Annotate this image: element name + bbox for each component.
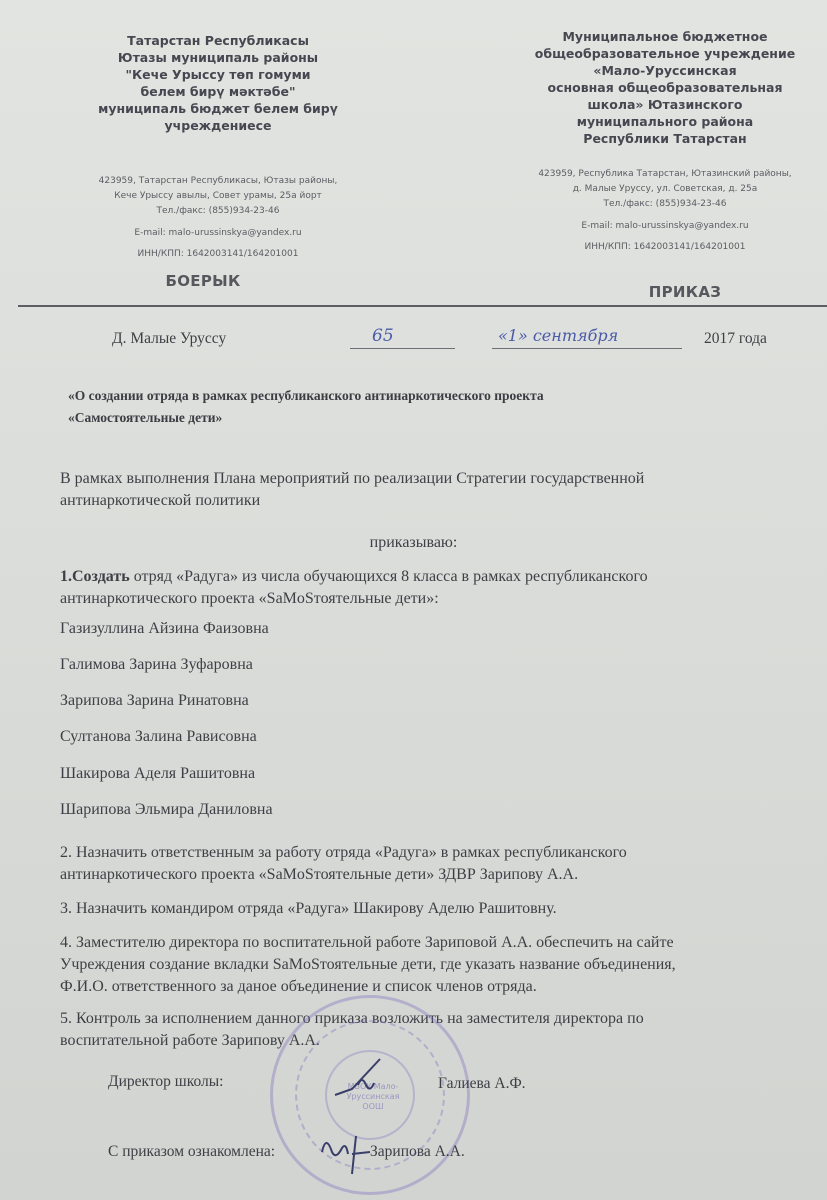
- acknowledged-label: С приказом ознакомлена:: [108, 1143, 275, 1161]
- address-line: 423959, Татарстан Республикасы, Ютазы ра…: [68, 174, 368, 189]
- order-title: «О создании отряда в рамках республиканс…: [68, 385, 768, 429]
- order-number-underline: [350, 348, 455, 349]
- institution-name-russian: Муниципальное бюджетное общеобразователь…: [510, 28, 820, 147]
- name-line: учреждениесе: [68, 117, 368, 134]
- director-name: Галиева А.Ф.: [438, 1075, 526, 1093]
- item-3: 3. Назначить командиром отряда «Радуга» …: [60, 898, 800, 920]
- name-line: белем бирү мәктәбе": [68, 83, 368, 100]
- name-line: муниципаль бюджет белем бирү: [68, 100, 368, 117]
- email-russian: E-mail: malo-urussinskya@yandex.ru: [510, 220, 820, 232]
- address-line: д. Малые Уруссу, ул. Советская, д. 25а: [510, 182, 820, 197]
- item-1: 1.Создать отряд «Радуга» из числа обучаю…: [60, 566, 800, 610]
- institution-name-tatar: Татарстан Республикасы Ютазы муниципаль …: [68, 32, 368, 134]
- name-line: общеобразовательное учреждение: [510, 45, 820, 62]
- member-list-item: Зарипова Зарина Ринатовна: [60, 692, 249, 710]
- title-line: «О создании отряда в рамках республиканс…: [68, 385, 768, 407]
- document-page: Татарстан Республикасы Ютазы муниципаль …: [0, 0, 827, 1200]
- name-line: муниципального района: [510, 113, 820, 130]
- member-list-item: Шакирова Аделя Рашитовна: [60, 765, 255, 783]
- preamble-line: В рамках выполнения Плана мероприятий по…: [60, 468, 800, 490]
- order-place: Д. Малые Уруссу: [112, 330, 226, 348]
- order-word: приказываю:: [0, 532, 827, 554]
- name-line: школа» Ютазинского: [510, 96, 820, 113]
- name-line: Муниципальное бюджетное: [510, 28, 820, 45]
- header-left-tatar: Татарстан Республикасы Ютазы муниципаль …: [68, 32, 368, 290]
- order-date-handwritten: «1» сентября: [498, 326, 618, 345]
- doc-type-tatar: БОЕРЫК: [38, 272, 368, 290]
- item-1-lead: 1.Создать: [60, 568, 130, 585]
- preamble-line: антинаркотической политики: [60, 490, 800, 512]
- name-line: "Кече Урыссу төп гомуми: [68, 66, 368, 83]
- member-list-item: Шарипова Эльмира Даниловна: [60, 801, 273, 819]
- address-line: Тел./факс: (855)934-23-46: [68, 204, 368, 219]
- header-divider: [18, 305, 827, 307]
- member-list-item: Султанова Залина Рависовна: [60, 728, 257, 746]
- order-date-underline: [492, 348, 682, 349]
- address-line: Кече Урыссу авылы, Совет урамы, 25а йорт: [68, 189, 368, 204]
- email-tatar: E-mail: malo-urussinskya@yandex.ru: [68, 227, 368, 239]
- name-line: Республики Татарстан: [510, 130, 820, 147]
- preamble: В рамках выполнения Плана мероприятий по…: [60, 468, 800, 512]
- name-line: основная общеобразовательная: [510, 79, 820, 96]
- item-2-line2: антинаркотического проекта «SaMoSтоятель…: [60, 864, 800, 886]
- address-tatar: 423959, Татарстан Республикасы, Ютазы ра…: [68, 174, 368, 219]
- acknowledged-signature-icon: [316, 1128, 372, 1178]
- name-line: «Мало-Уруссинская: [510, 62, 820, 79]
- acknowledged-name: Зарипова А.А.: [370, 1143, 465, 1161]
- member-list-item: Галимова Зарина Зуфаровна: [60, 656, 253, 674]
- item-4: 4. Заместителю директора по воспитательн…: [60, 932, 800, 998]
- address-russian: 423959, Республика Татарстан, Ютазинский…: [510, 167, 820, 212]
- item-4-line3: Ф.И.О. ответственного за даное объединен…: [60, 976, 800, 998]
- item-4-line2: Учреждения создание вкладки SaMoSтоятель…: [60, 954, 800, 976]
- name-line: Татарстан Республикасы: [68, 32, 368, 49]
- name-line: Ютазы муниципаль районы: [68, 49, 368, 66]
- inn-tatar: ИНН/КПП: 1642003141/164201001: [68, 248, 368, 260]
- address-line: Тел./факс: (855)934-23-46: [510, 197, 820, 212]
- item-2-line1: 2. Назначить ответственным за работу отр…: [60, 842, 800, 864]
- title-line: «Самостоятельные дети»: [68, 407, 768, 429]
- inn-russian: ИНН/КПП: 1642003141/164201001: [510, 241, 820, 253]
- order-year: 2017 года: [704, 330, 767, 348]
- item-4-line1: 4. Заместителю директора по воспитательн…: [60, 932, 800, 954]
- director-label: Директор школы:: [108, 1073, 223, 1091]
- order-number-handwritten: 65: [372, 326, 394, 346]
- item-1-line1-rest: отряд «Радуга» из числа обучающихся 8 кл…: [130, 568, 648, 585]
- address-line: 423959, Республика Татарстан, Ютазинский…: [510, 167, 820, 182]
- member-list-item: Газизуллина Айзина Фаизовна: [60, 620, 269, 638]
- header-right-russian: Муниципальное бюджетное общеобразователь…: [510, 28, 820, 301]
- item-2: 2. Назначить ответственным за работу отр…: [60, 842, 800, 886]
- item-1-line2: антинаркотического проекта «SaMoSтоятель…: [60, 588, 800, 610]
- director-signature-icon: [330, 1055, 400, 1100]
- doc-type-russian: ПРИКАЗ: [550, 283, 820, 301]
